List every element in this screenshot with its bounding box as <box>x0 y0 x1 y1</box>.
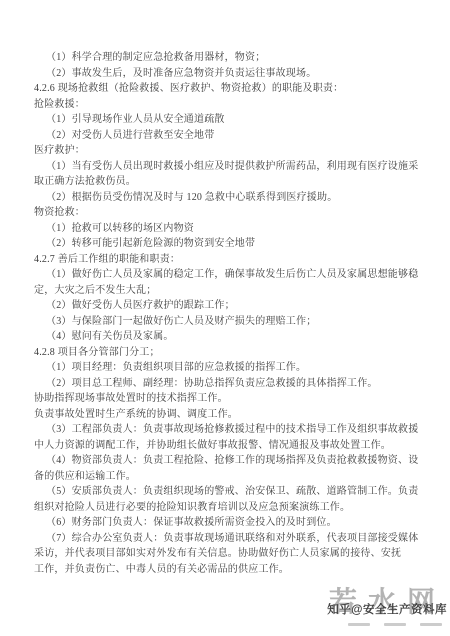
text-line: （1）抢救可以转移的场区内物资 <box>34 221 418 237</box>
text-line: 物资抢救： <box>34 205 418 221</box>
text-line: （2）做好受伤人员医疗救护的跟踪工作； <box>34 298 418 314</box>
text-line: （2）根据伤员受伤情况及时与 120 急救中心联系得到医疗援助。 <box>34 190 418 206</box>
document-body: （1）科学合理的制定应急抢救备用器材，物资；（2）事故发生后，及时准备应急物资并… <box>34 50 418 577</box>
text-line: 备的供应和运输工作。 <box>34 469 418 485</box>
text-line: 定，大灾之后不发生大乱； <box>34 283 418 299</box>
watermark-caption-mark <box>420 623 442 626</box>
watermark-caption-mark <box>384 623 406 626</box>
text-line: （3）与保险部门一起做好伤亡人员及财产损失的理赔工作； <box>34 314 418 330</box>
text-line: （2）对受伤人员进行营救至安全地带 <box>34 128 418 144</box>
watermark: 若水网 知乎@安全生产资料库 <box>318 588 448 630</box>
text-line: （5）安质部负责人：负责组织现场的警戒、治安保卫、疏散、道路管制工作。负责 <box>34 484 418 500</box>
text-line: （1）做好伤亡人员及家属的稳定工作，确保事故发生后伤亡人员及家属思想能够稳 <box>34 267 418 283</box>
text-line: （2）事故发生后，及时准备应急物资并负责运往事故现场。 <box>34 66 418 82</box>
text-line: （1）项目经理：负责组织项目部的应急救援的指挥工作。 <box>34 360 418 376</box>
text-line: （4）物资部负责人：负责工程抢险、抢修工作的现场指挥及负责抢救救援物资、设 <box>34 453 418 469</box>
text-line: （6）财务部门负责人：保证事故救援所需资金投入的及时到位。 <box>34 515 418 531</box>
text-line: 4.2.7 善后工作组的职能和职责： <box>34 252 418 268</box>
text-line: 4.2.8 项目各分管部门分工； <box>34 345 418 361</box>
text-line: 工作，并负责伤亡、中毒人员的有关必需品的供应工作。 <box>34 562 418 578</box>
watermark-overlay-text: 知乎@安全生产资料库 <box>327 601 447 617</box>
text-line: 采访，并代表项目部如实对外发布有关信息。协助做好伤亡人员家属的接待、安抚 <box>34 546 418 562</box>
text-line: （4）慰问有关伤员及家属。 <box>34 329 418 345</box>
text-line: 医疗救护： <box>34 143 418 159</box>
text-line: 抢险救援： <box>34 97 418 113</box>
text-line: 4.2.6 现场抢救组（抢险救援、医疗救护、物资抢救）的职能及职责： <box>34 81 418 97</box>
text-line: （1）当有受伤人员出现时救援小组应及时提供救护所需药品，利用现有医疗设施采 <box>34 159 418 175</box>
text-line: （2）转移可能引起新危险源的物资到安全地带 <box>34 236 418 252</box>
document-page: （1）科学合理的制定应急抢救备用器材，物资；（2）事故发生后，及时准备应急物资并… <box>0 0 450 636</box>
watermark-caption-mark <box>348 623 370 626</box>
text-line: （2）项目总工程师、副经理：协助总指挥负责应急救援的具体指挥工作。 <box>34 376 418 392</box>
text-line: 中人力资源的调配工作，并协助组长做好事故报警、情况通报及事故处置工作。 <box>34 438 418 454</box>
text-line: （7）综合办公室负责人：负责事故现场通讯联络和对外联系，代表项目部接受媒体 <box>34 531 418 547</box>
text-line: 协助指挥现场事故处置时的技术指挥工作。 <box>34 391 418 407</box>
text-line: （1）科学合理的制定应急抢救备用器材，物资； <box>34 50 418 66</box>
text-line: （3）工程部负责人：负责事故现场抢修救援过程中的技术指导工作及组织事故救援 <box>34 422 418 438</box>
text-line: （1）引导现场作业人员从安全通道疏散 <box>34 112 418 128</box>
text-line: 负责事故处置时生产系统的协调、调度工作。 <box>34 407 418 423</box>
text-line: 组织对抢险人员进行必要的抢险知识教育培训以及应急预案演练工作。 <box>34 500 418 516</box>
text-line: 取正确方法抢救伤员。 <box>34 174 418 190</box>
watermark-caption-marks <box>348 623 442 626</box>
